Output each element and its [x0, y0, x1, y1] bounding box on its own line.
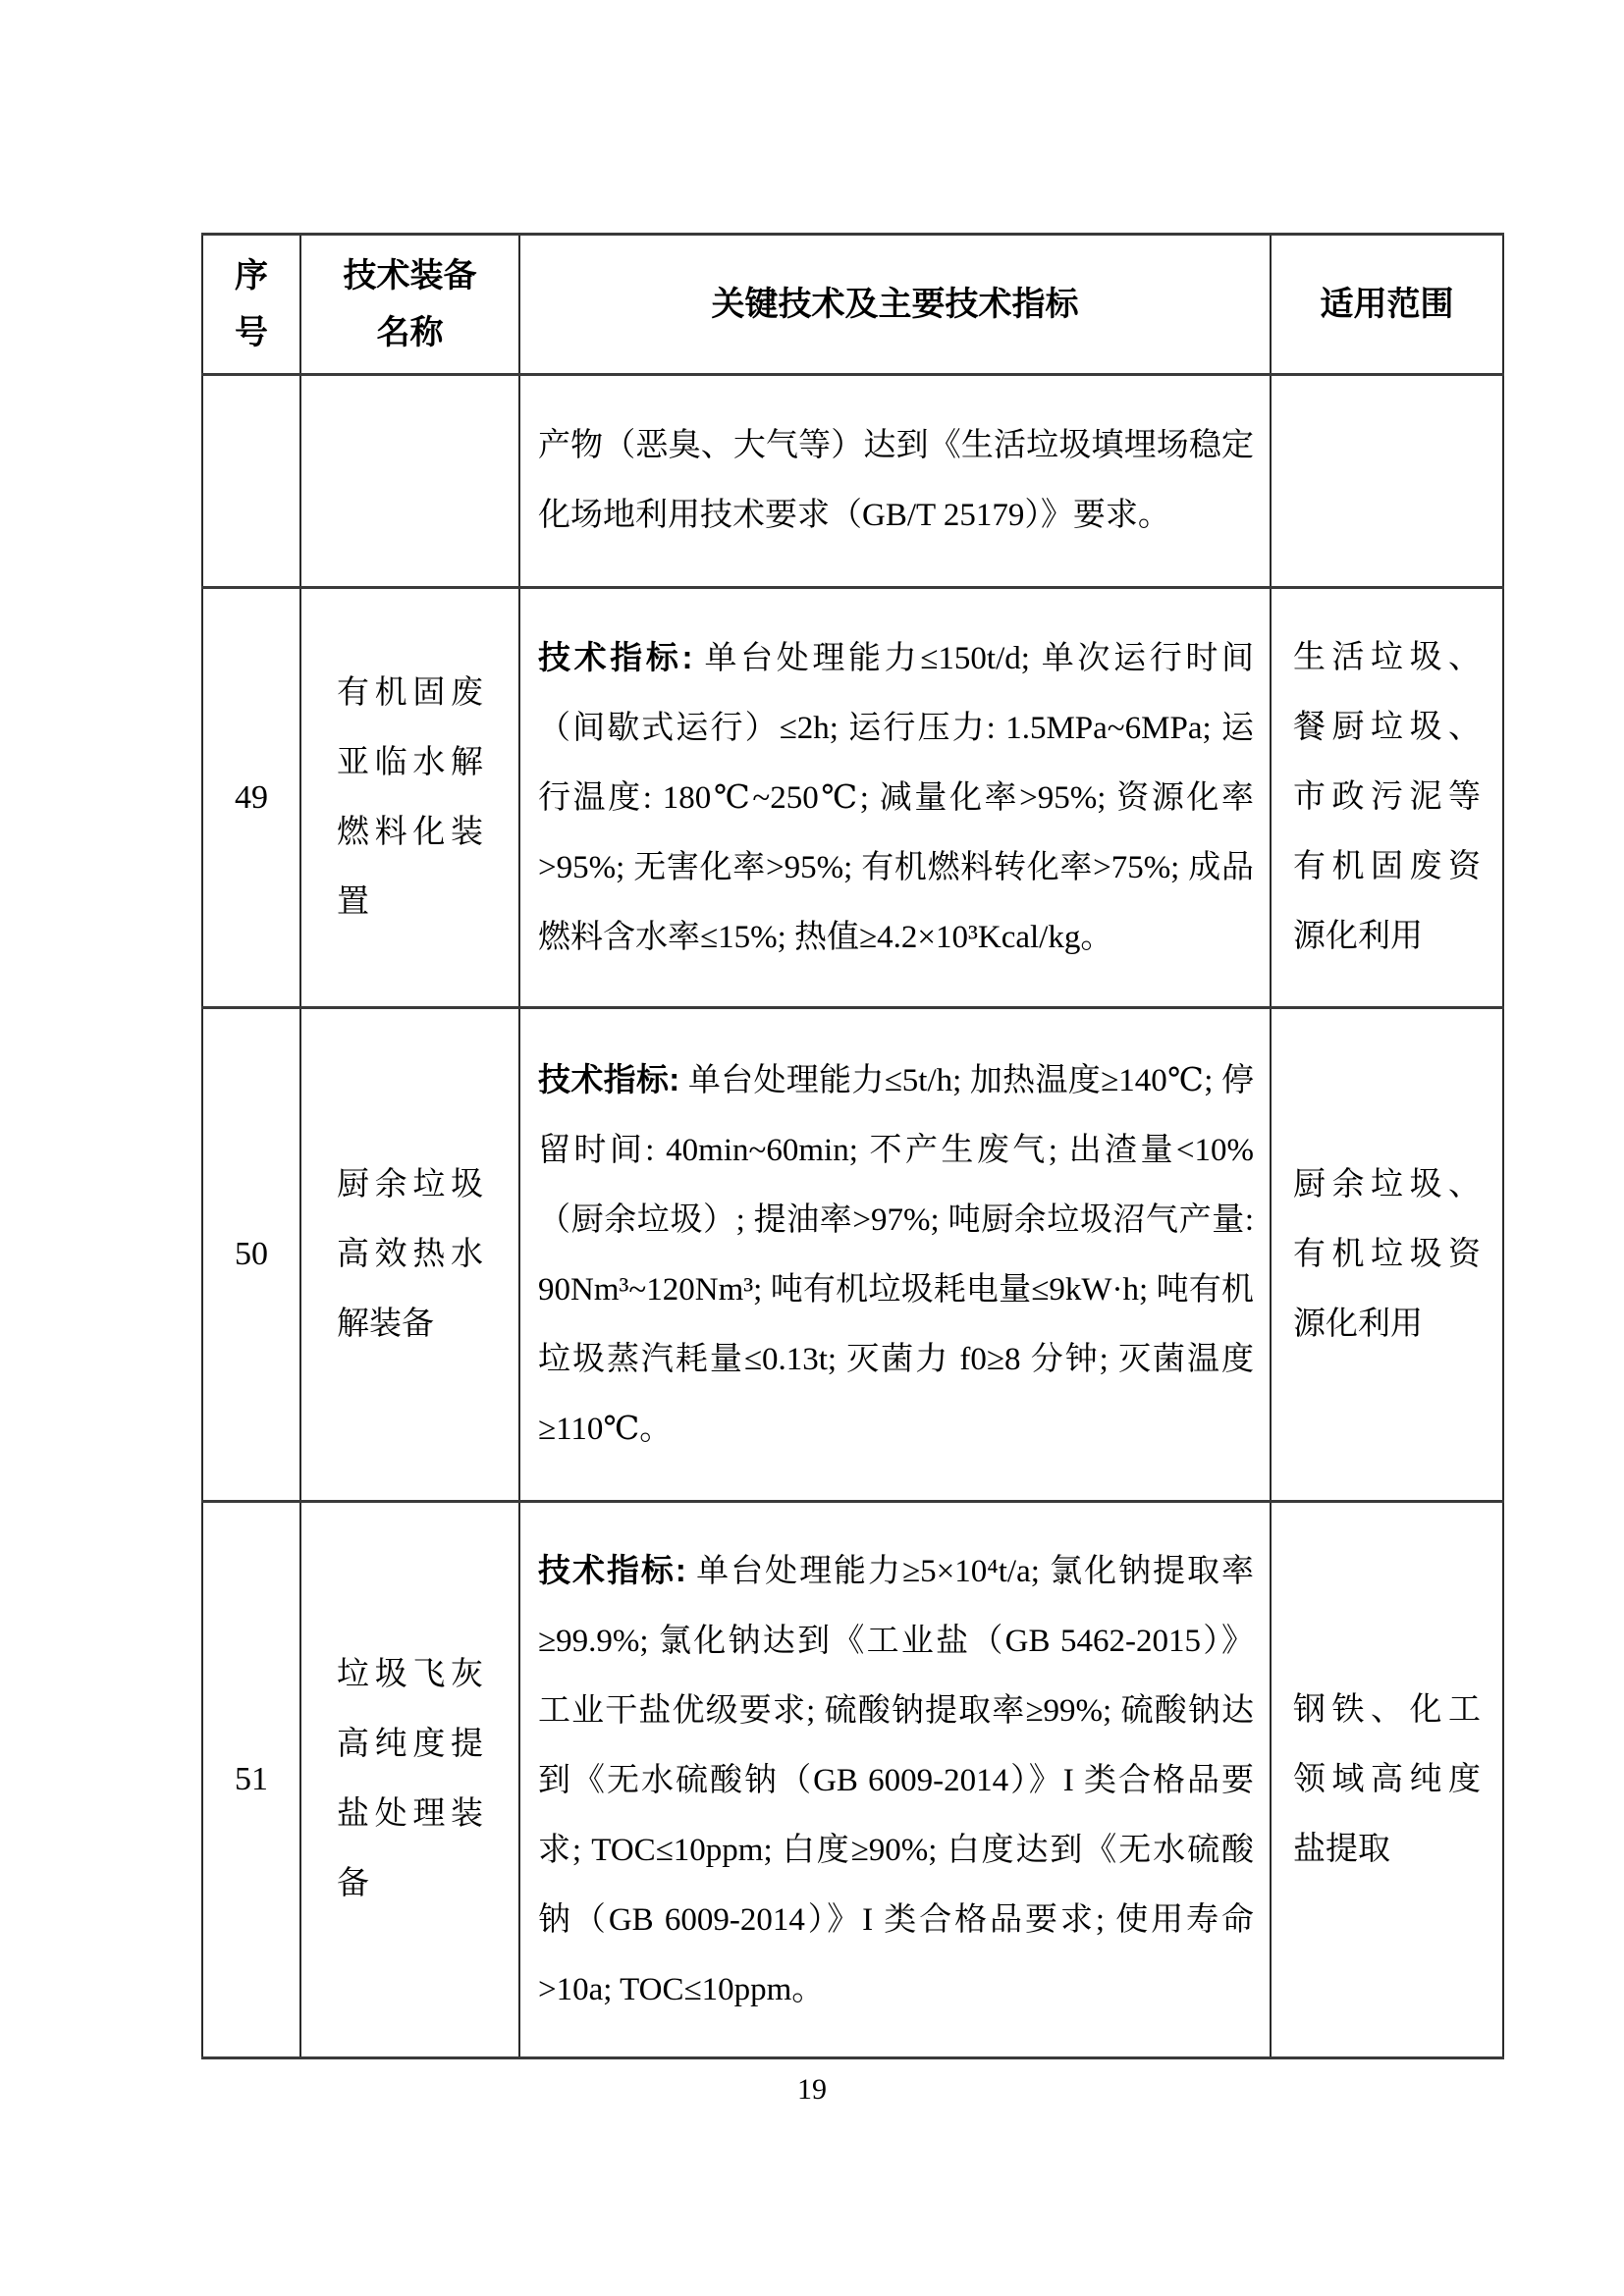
equipment-table: 序号 技术装备名称 关键技术及主要技术指标 适用范围 产物（恶臭、大气等）达到《… [201, 233, 1504, 2059]
table-header-row: 序号 技术装备名称 关键技术及主要技术指标 适用范围 [202, 235, 1503, 375]
indicators-text: 单台处理能力≥5×10⁴t/a; 氯化钠提取率≥99.9%; 氯化钠达到《工业盐… [538, 1554, 1254, 2007]
cell-equipment-name: 厨余垃圾高效热水解装备 [300, 1008, 519, 1502]
cell-serial-number [202, 375, 300, 588]
table-row-49: 49 有机固废亚临水解燃料化装置 技术指标: 单台处理能力≤150t/d; 单次… [202, 588, 1503, 1008]
table-row-continuation: 产物（恶臭、大气等）达到《生活垃圾填埋场稳定化场地利用技术要求（GB/T 251… [202, 375, 1503, 588]
cell-scope: 厨余垃圾、有机垃圾资源化利用 [1271, 1008, 1503, 1502]
indicators-text: 产物（恶臭、大气等）达到《生活垃圾填埋场稳定化场地利用技术要求（GB/T 251… [538, 428, 1254, 533]
cell-indicators: 技术指标: 单台处理能力≥5×10⁴t/a; 氯化钠提取率≥99.9%; 氯化钠… [519, 1502, 1271, 2058]
indicators-label: 技术指标: [538, 1552, 686, 1588]
document-page: 序号 技术装备名称 关键技术及主要技术指标 适用范围 产物（恶臭、大气等）达到《… [0, 0, 1624, 2296]
cell-indicators: 产物（恶臭、大气等）达到《生活垃圾填埋场稳定化场地利用技术要求（GB/T 251… [519, 375, 1271, 588]
indicators-label: 技术指标: [538, 1061, 679, 1097]
header-serial-number: 序号 [202, 235, 300, 375]
cell-indicators: 技术指标: 单台处理能力≤150t/d; 单次运行时间（间歇式运行）≤2h; 运… [519, 588, 1271, 1008]
indicators-text: 单台处理能力≤150t/d; 单次运行时间（间歇式运行）≤2h; 运行压力: 1… [538, 641, 1254, 955]
cell-equipment-name [300, 375, 519, 588]
cell-scope [1271, 375, 1503, 588]
header-scope: 适用范围 [1271, 235, 1503, 375]
cell-scope: 钢铁、化工领域高纯度盐提取 [1271, 1502, 1503, 2058]
indicators-text: 单台处理能力≤5t/h; 加热温度≥140℃; 停留时间: 40min~60mi… [538, 1063, 1254, 1447]
header-equipment-name: 技术装备名称 [300, 235, 519, 375]
cell-serial-number: 51 [202, 1502, 300, 2058]
page-number: 19 [0, 2073, 1624, 2107]
table-row-51: 51 垃圾飞灰高纯度提盐处理装备 技术指标: 单台处理能力≥5×10⁴t/a; … [202, 1502, 1503, 2058]
cell-serial-number: 50 [202, 1008, 300, 1502]
header-key-indicators: 关键技术及主要技术指标 [519, 235, 1271, 375]
cell-indicators: 技术指标: 单台处理能力≤5t/h; 加热温度≥140℃; 停留时间: 40mi… [519, 1008, 1271, 1502]
indicators-label: 技术指标: [538, 639, 693, 675]
table-row-50: 50 厨余垃圾高效热水解装备 技术指标: 单台处理能力≤5t/h; 加热温度≥1… [202, 1008, 1503, 1502]
cell-equipment-name: 垃圾飞灰高纯度提盐处理装备 [300, 1502, 519, 2058]
cell-equipment-name: 有机固废亚临水解燃料化装置 [300, 588, 519, 1008]
cell-serial-number: 49 [202, 588, 300, 1008]
cell-scope: 生活垃圾、餐厨垃圾、市政污泥等有机固废资源化利用 [1271, 588, 1503, 1008]
